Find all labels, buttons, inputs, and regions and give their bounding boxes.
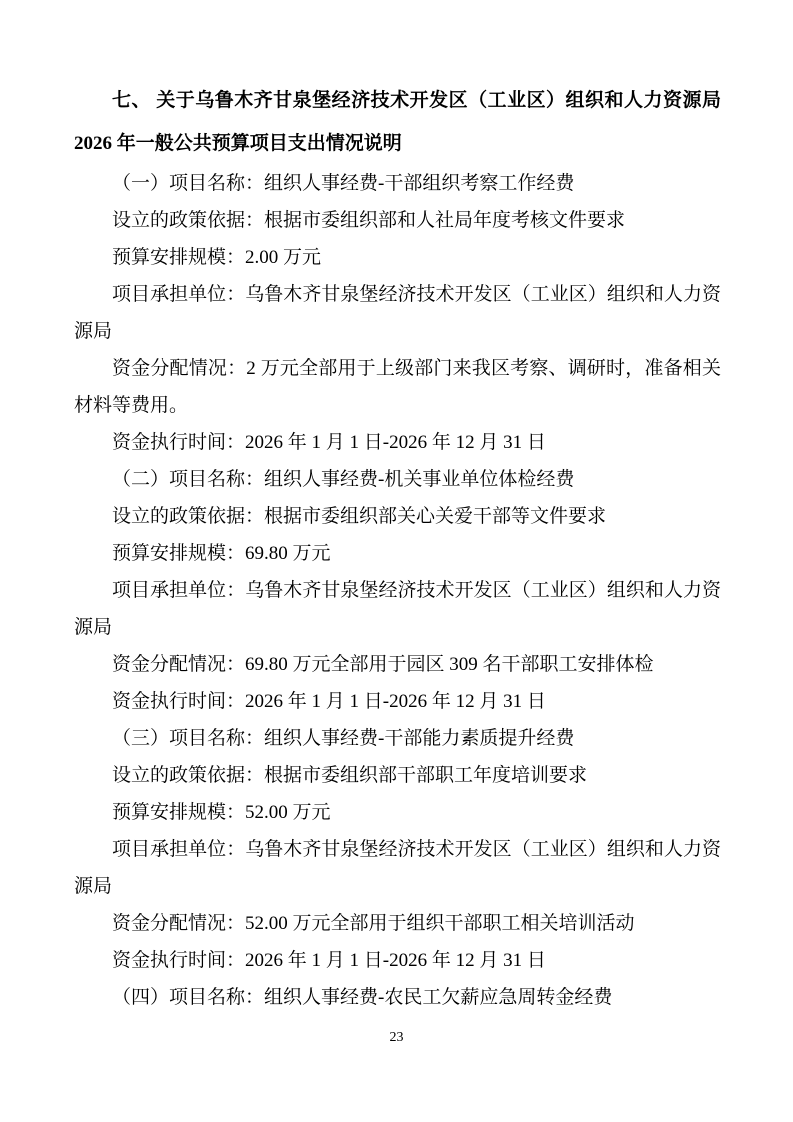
paragraph: 设立的政策依据：根据市委组织部关心关爱干部等文件要求	[74, 498, 721, 535]
paragraph: 资金执行时间：2026 年 1 月 1 日-2026 年 12 月 31 日	[74, 683, 721, 720]
paragraph: 项目承担单位：乌鲁木齐甘泉堡经济技术开发区（工业区）组织和人力资源局	[74, 572, 721, 646]
paragraph: 设立的政策依据：根据市委组织部和人社局年度考核文件要求	[74, 202, 721, 239]
paragraph: 资金执行时间：2026 年 1 月 1 日-2026 年 12 月 31 日	[74, 424, 721, 461]
paragraph: 预算安排规模：52.00 万元	[74, 794, 721, 831]
page-number: 23	[0, 1028, 793, 1048]
projects-list: （一）项目名称：组织人事经费-干部组织考察工作经费设立的政策依据：根据市委组织部…	[74, 165, 721, 1016]
document-page: 七、 关于乌鲁木齐甘泉堡经济技术开发区（工业区）组织和人力资源局 2026 年一…	[0, 0, 793, 1122]
paragraph: 项目承担单位：乌鲁木齐甘泉堡经济技术开发区（工业区）组织和人力资源局	[74, 276, 721, 350]
document-title: 七、 关于乌鲁木齐甘泉堡经济技术开发区（工业区）组织和人力资源局 2026 年一…	[74, 79, 721, 165]
project-section-4: （四）项目名称：组织人事经费-农民工欠薪应急周转金经费	[74, 979, 721, 1016]
paragraph: 设立的政策依据：根据市委组织部干部职工年度培训要求	[74, 757, 721, 794]
paragraph: （一）项目名称：组织人事经费-干部组织考察工作经费	[74, 165, 721, 202]
paragraph: 资金执行时间：2026 年 1 月 1 日-2026 年 12 月 31 日	[74, 942, 721, 979]
project-section-1: （一）项目名称：组织人事经费-干部组织考察工作经费设立的政策依据：根据市委组织部…	[74, 165, 721, 461]
paragraph: （二）项目名称：组织人事经费-机关事业单位体检经费	[74, 461, 721, 498]
paragraph: （三）项目名称：组织人事经费-干部能力素质提升经费	[74, 720, 721, 757]
project-section-2: （二）项目名称：组织人事经费-机关事业单位体检经费设立的政策依据：根据市委组织部…	[74, 461, 721, 720]
document-content: 七、 关于乌鲁木齐甘泉堡经济技术开发区（工业区）组织和人力资源局 2026 年一…	[74, 79, 721, 1016]
paragraph: 资金分配情况：2 万元全部用于上级部门来我区考察、调研时，准备相关材料等费用。	[74, 350, 721, 424]
paragraph: 预算安排规模：2.00 万元	[74, 239, 721, 276]
paragraph: 项目承担单位：乌鲁木齐甘泉堡经济技术开发区（工业区）组织和人力资源局	[74, 831, 721, 905]
project-section-3: （三）项目名称：组织人事经费-干部能力素质提升经费设立的政策依据：根据市委组织部…	[74, 720, 721, 979]
paragraph: （四）项目名称：组织人事经费-农民工欠薪应急周转金经费	[74, 979, 721, 1016]
paragraph: 资金分配情况：69.80 万元全部用于园区 309 名干部职工安排体检	[74, 646, 721, 683]
paragraph: 资金分配情况：52.00 万元全部用于组织干部职工相关培训活动	[74, 905, 721, 942]
paragraph: 预算安排规模：69.80 万元	[74, 535, 721, 572]
